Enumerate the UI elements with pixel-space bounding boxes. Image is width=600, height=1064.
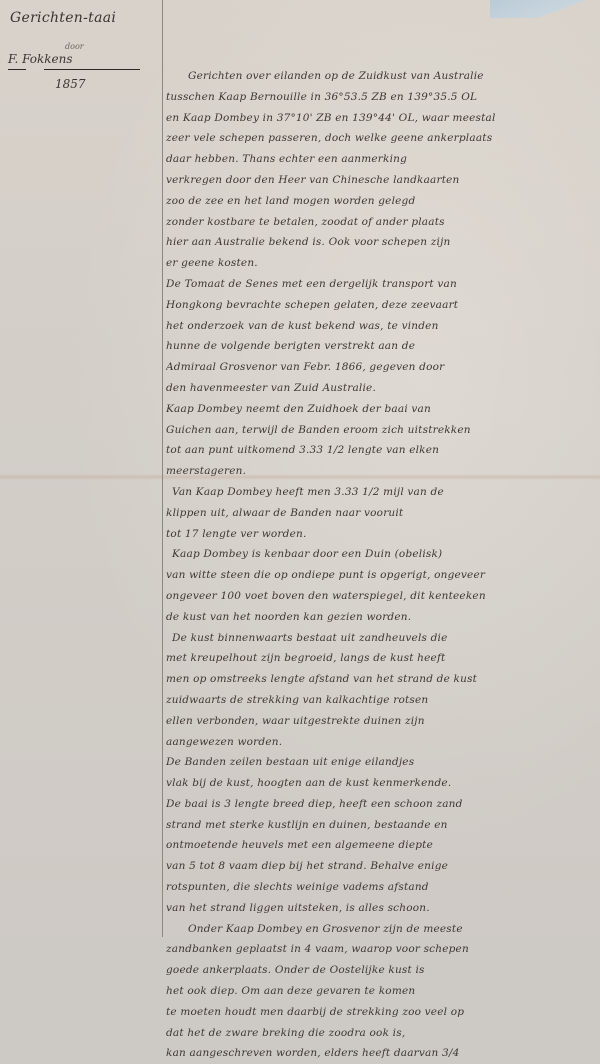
manuscript-body: Gerichten over eilanden op de Zuidkust v… bbox=[166, 66, 596, 937]
text-line: Onder Kaap Dombey en Grosvenor zijn de m… bbox=[166, 919, 596, 937]
text-line: meerstageren. bbox=[166, 461, 596, 482]
text-line: hier aan Australie bekend is. Ook voor s… bbox=[166, 232, 596, 253]
text-line: ontmoetende heuvels met een algemeene di… bbox=[166, 835, 596, 856]
text-line: zonder kostbare te betalen, zoodat of an… bbox=[166, 212, 596, 233]
text-line: hunne de volgende berigten verstrekt aan… bbox=[166, 336, 596, 357]
text-line: Van Kaap Dombey heeft men 3.33 1/2 mijl … bbox=[166, 482, 596, 503]
text-line: tot 17 lengte ver worden. bbox=[166, 524, 596, 545]
text-line: ellen verbonden, waar uitgestrekte duine… bbox=[166, 711, 596, 732]
text-line: tusschen Kaap Bernouille in 36°53.5 ZB e… bbox=[166, 87, 596, 108]
text-line: van het strand liggen uitsteken, is alle… bbox=[166, 898, 596, 919]
text-line: De Tomaat de Senes met een dergelijk tra… bbox=[166, 274, 596, 295]
margin-title: Gerichten-taai bbox=[10, 10, 116, 26]
text-line: er geene kosten. bbox=[166, 253, 596, 274]
text-line: Kaap Dombey neemt den Zuidhoek der baai … bbox=[166, 399, 596, 420]
text-line: verkregen door den Heer van Chinesche la… bbox=[166, 170, 596, 191]
text-line: klippen uit, alwaar de Banden naar vooru… bbox=[166, 503, 596, 524]
text-line: den havenmeester van Zuid Australie. bbox=[166, 378, 596, 399]
text-line: de kust van het noorden kan gezien worde… bbox=[166, 607, 596, 628]
text-line: Hongkong bevrachte schepen gelaten, deze… bbox=[166, 295, 596, 316]
manuscript-page: Gerichten-taai door F. Fokkens 1857 Geri… bbox=[0, 0, 600, 937]
text-line: Admiraal Grosvenor van Febr. 1866, gegev… bbox=[166, 357, 596, 378]
margin-year: 1857 bbox=[55, 77, 86, 91]
margin-by-label: door bbox=[65, 42, 84, 51]
text-line: Guichen aan, terwijl de Banden eroom zic… bbox=[166, 420, 596, 441]
author-name: F. Fokkens bbox=[8, 52, 73, 66]
text-line: met kreupelhout zijn begroeid, langs de … bbox=[166, 648, 596, 669]
text-line: rotspunten, die slechts weinige vadems a… bbox=[166, 877, 596, 898]
text-line: van witte steen die op ondiepe punt is o… bbox=[166, 565, 596, 586]
text-line: ongeveer 100 voet boven den waterspiegel… bbox=[166, 586, 596, 607]
text-line: aangewezen worden. bbox=[166, 732, 596, 753]
text-line: daar hebben. Thans echter een aanmerking bbox=[166, 149, 596, 170]
text-line: van 5 tot 8 vaam diep bij het strand. Be… bbox=[166, 856, 596, 877]
text-line: De baai is 3 lengte breed diep, heeft ee… bbox=[166, 794, 596, 815]
torn-paper-edge bbox=[490, 0, 600, 18]
text-line: zuidwaarts de strekking van kalkachtige … bbox=[166, 690, 596, 711]
underline-gap bbox=[26, 67, 44, 71]
text-line: Kaap Dombey is kenbaar door een Duin (ob… bbox=[166, 544, 596, 565]
text-line: tot aan punt uitkomend 3.33 1/2 lengte v… bbox=[166, 440, 596, 461]
text-line: De Banden zeilen bestaan uit enige eilan… bbox=[166, 752, 596, 773]
text-line: het onderzoek van de kust bekend was, te… bbox=[166, 316, 596, 337]
margin-rule bbox=[162, 0, 163, 937]
text-line: vlak bij de kust, hoogten aan de kust ke… bbox=[166, 773, 596, 794]
text-line: zoo de zee en het land mogen worden gele… bbox=[166, 191, 596, 212]
text-line: strand met sterke kustlijn en duinen, be… bbox=[166, 815, 596, 836]
margin-author: F. Fokkens bbox=[8, 52, 140, 66]
text-line: Gerichten over eilanden op de Zuidkust v… bbox=[166, 66, 596, 87]
text-line: zeer vele schepen passeren, doch welke g… bbox=[166, 128, 596, 149]
text-line: en Kaap Dombey in 37°10' ZB en 139°44' O… bbox=[166, 108, 596, 129]
text-line: De kust binnenwaarts bestaat uit zandheu… bbox=[166, 628, 596, 649]
text-line: men op omstreeks lengte afstand van het … bbox=[166, 669, 596, 690]
